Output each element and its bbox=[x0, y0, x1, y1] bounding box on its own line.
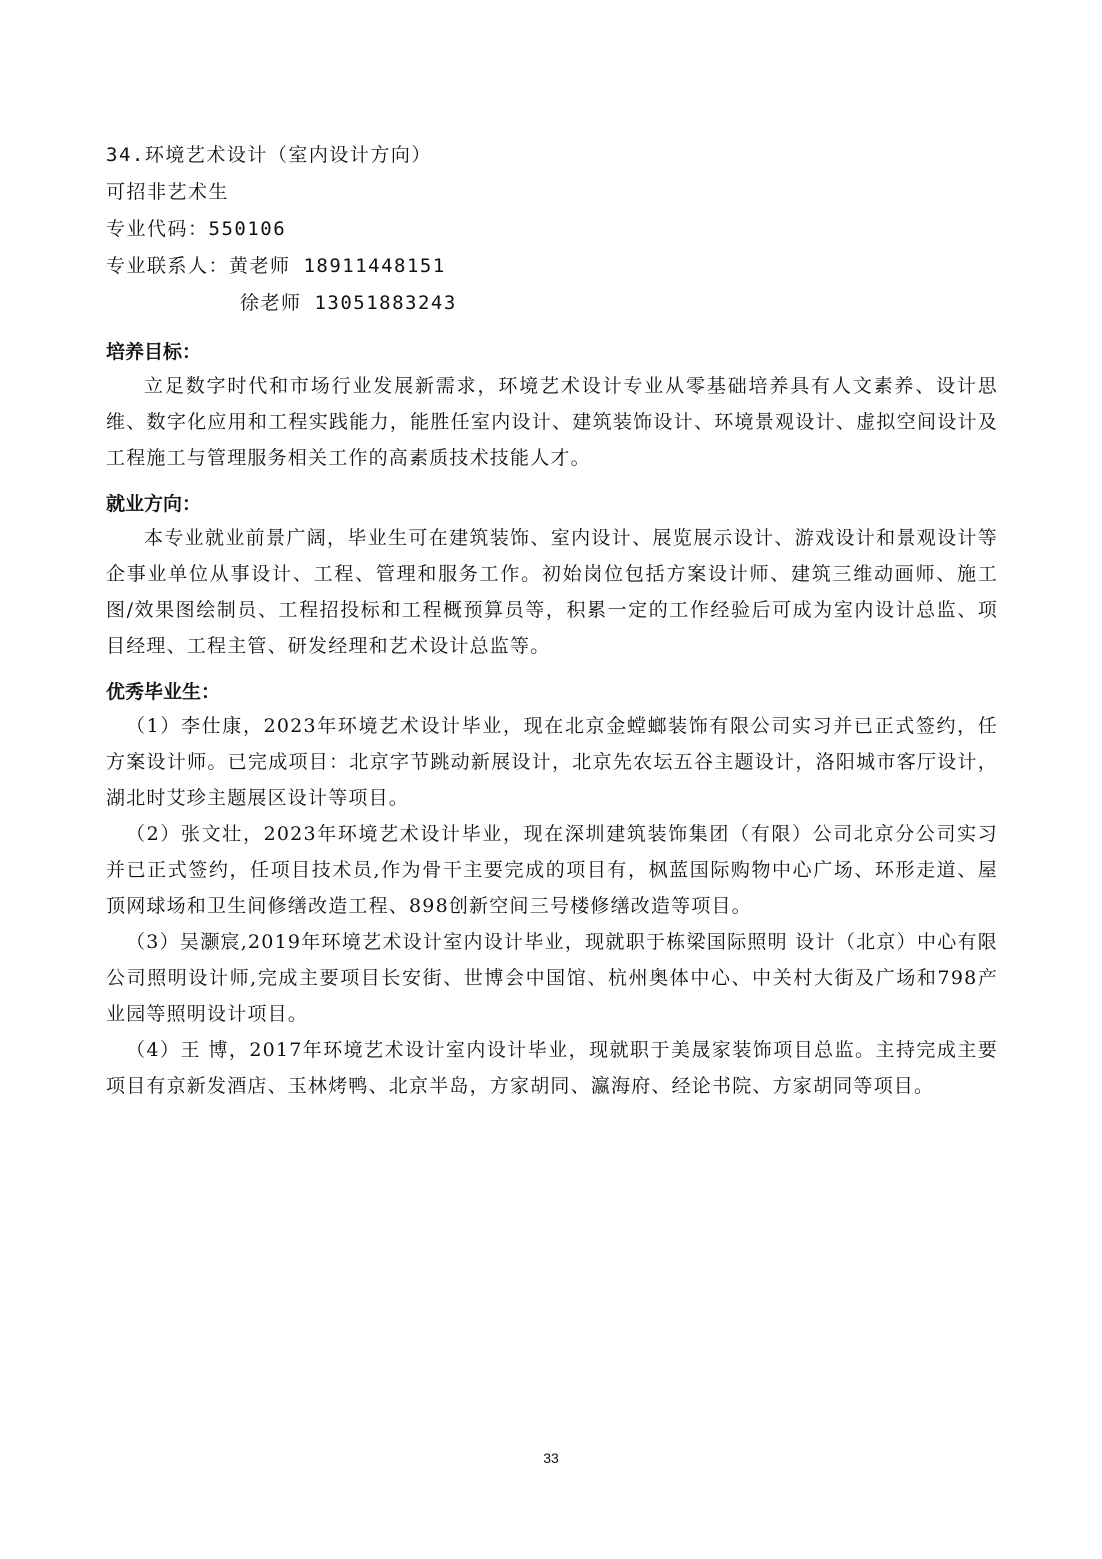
section-body-employment: 本专业就业前景广阔，毕业生可在建筑装饰、室内设计、展览展示设计、游戏设计和景观设… bbox=[106, 520, 998, 664]
graduate-item: （4）王 博，2017年环境艺术设计室内设计毕业，现就职于美晟家装饰项目总监。主… bbox=[106, 1032, 998, 1104]
section-title-graduates: 优秀毕业生： bbox=[106, 676, 998, 708]
graduate-item: （2）张文壮，2023年环境艺术设计毕业，现在深圳建筑装饰集团（有限）公司北京分… bbox=[106, 816, 998, 924]
contact-name: 徐老师 bbox=[240, 292, 302, 314]
contact-line-1: 专业联系人：黄老师 18911448151 bbox=[106, 248, 998, 285]
major-code-label: 专业代码： bbox=[106, 218, 209, 240]
contact-line-2: 徐老师 13051883243 bbox=[106, 285, 998, 322]
section-body-goal: 立足数字时代和市场行业发展新需求，环境艺术设计专业从零基础培养具有人文素养、设计… bbox=[106, 368, 998, 476]
contact-phone: 18911448151 bbox=[303, 255, 445, 277]
page-number: 33 bbox=[0, 1450, 1102, 1466]
graduate-item: （3）吴灏宸,2019年环境艺术设计室内设计毕业，现就职于栋梁国际照明 设计（北… bbox=[106, 924, 998, 1032]
graduate-item: （1）李仕康，2023年环境艺术设计毕业，现在北京金螳螂装饰有限公司实习并已正式… bbox=[106, 708, 998, 816]
contact-label: 专业联系人： bbox=[106, 255, 229, 277]
page-content: 34.环境艺术设计（室内设计方向） 可招非艺术生 专业代码：550106 专业联… bbox=[106, 137, 998, 1104]
major-title: 34.环境艺术设计（室内设计方向） bbox=[106, 137, 998, 174]
contact-name: 黄老师 bbox=[229, 255, 291, 277]
section-title-goal: 培养目标： bbox=[106, 336, 998, 368]
document-page: 34.环境艺术设计（室内设计方向） 可招非艺术生 专业代码：550106 专业联… bbox=[0, 0, 1102, 1559]
major-code-value: 550106 bbox=[209, 218, 287, 240]
contact-phone: 13051883243 bbox=[314, 292, 456, 314]
section-title-employment: 就业方向： bbox=[106, 488, 998, 520]
admission-note: 可招非艺术生 bbox=[106, 174, 998, 211]
major-code-line: 专业代码：550106 bbox=[106, 211, 998, 248]
